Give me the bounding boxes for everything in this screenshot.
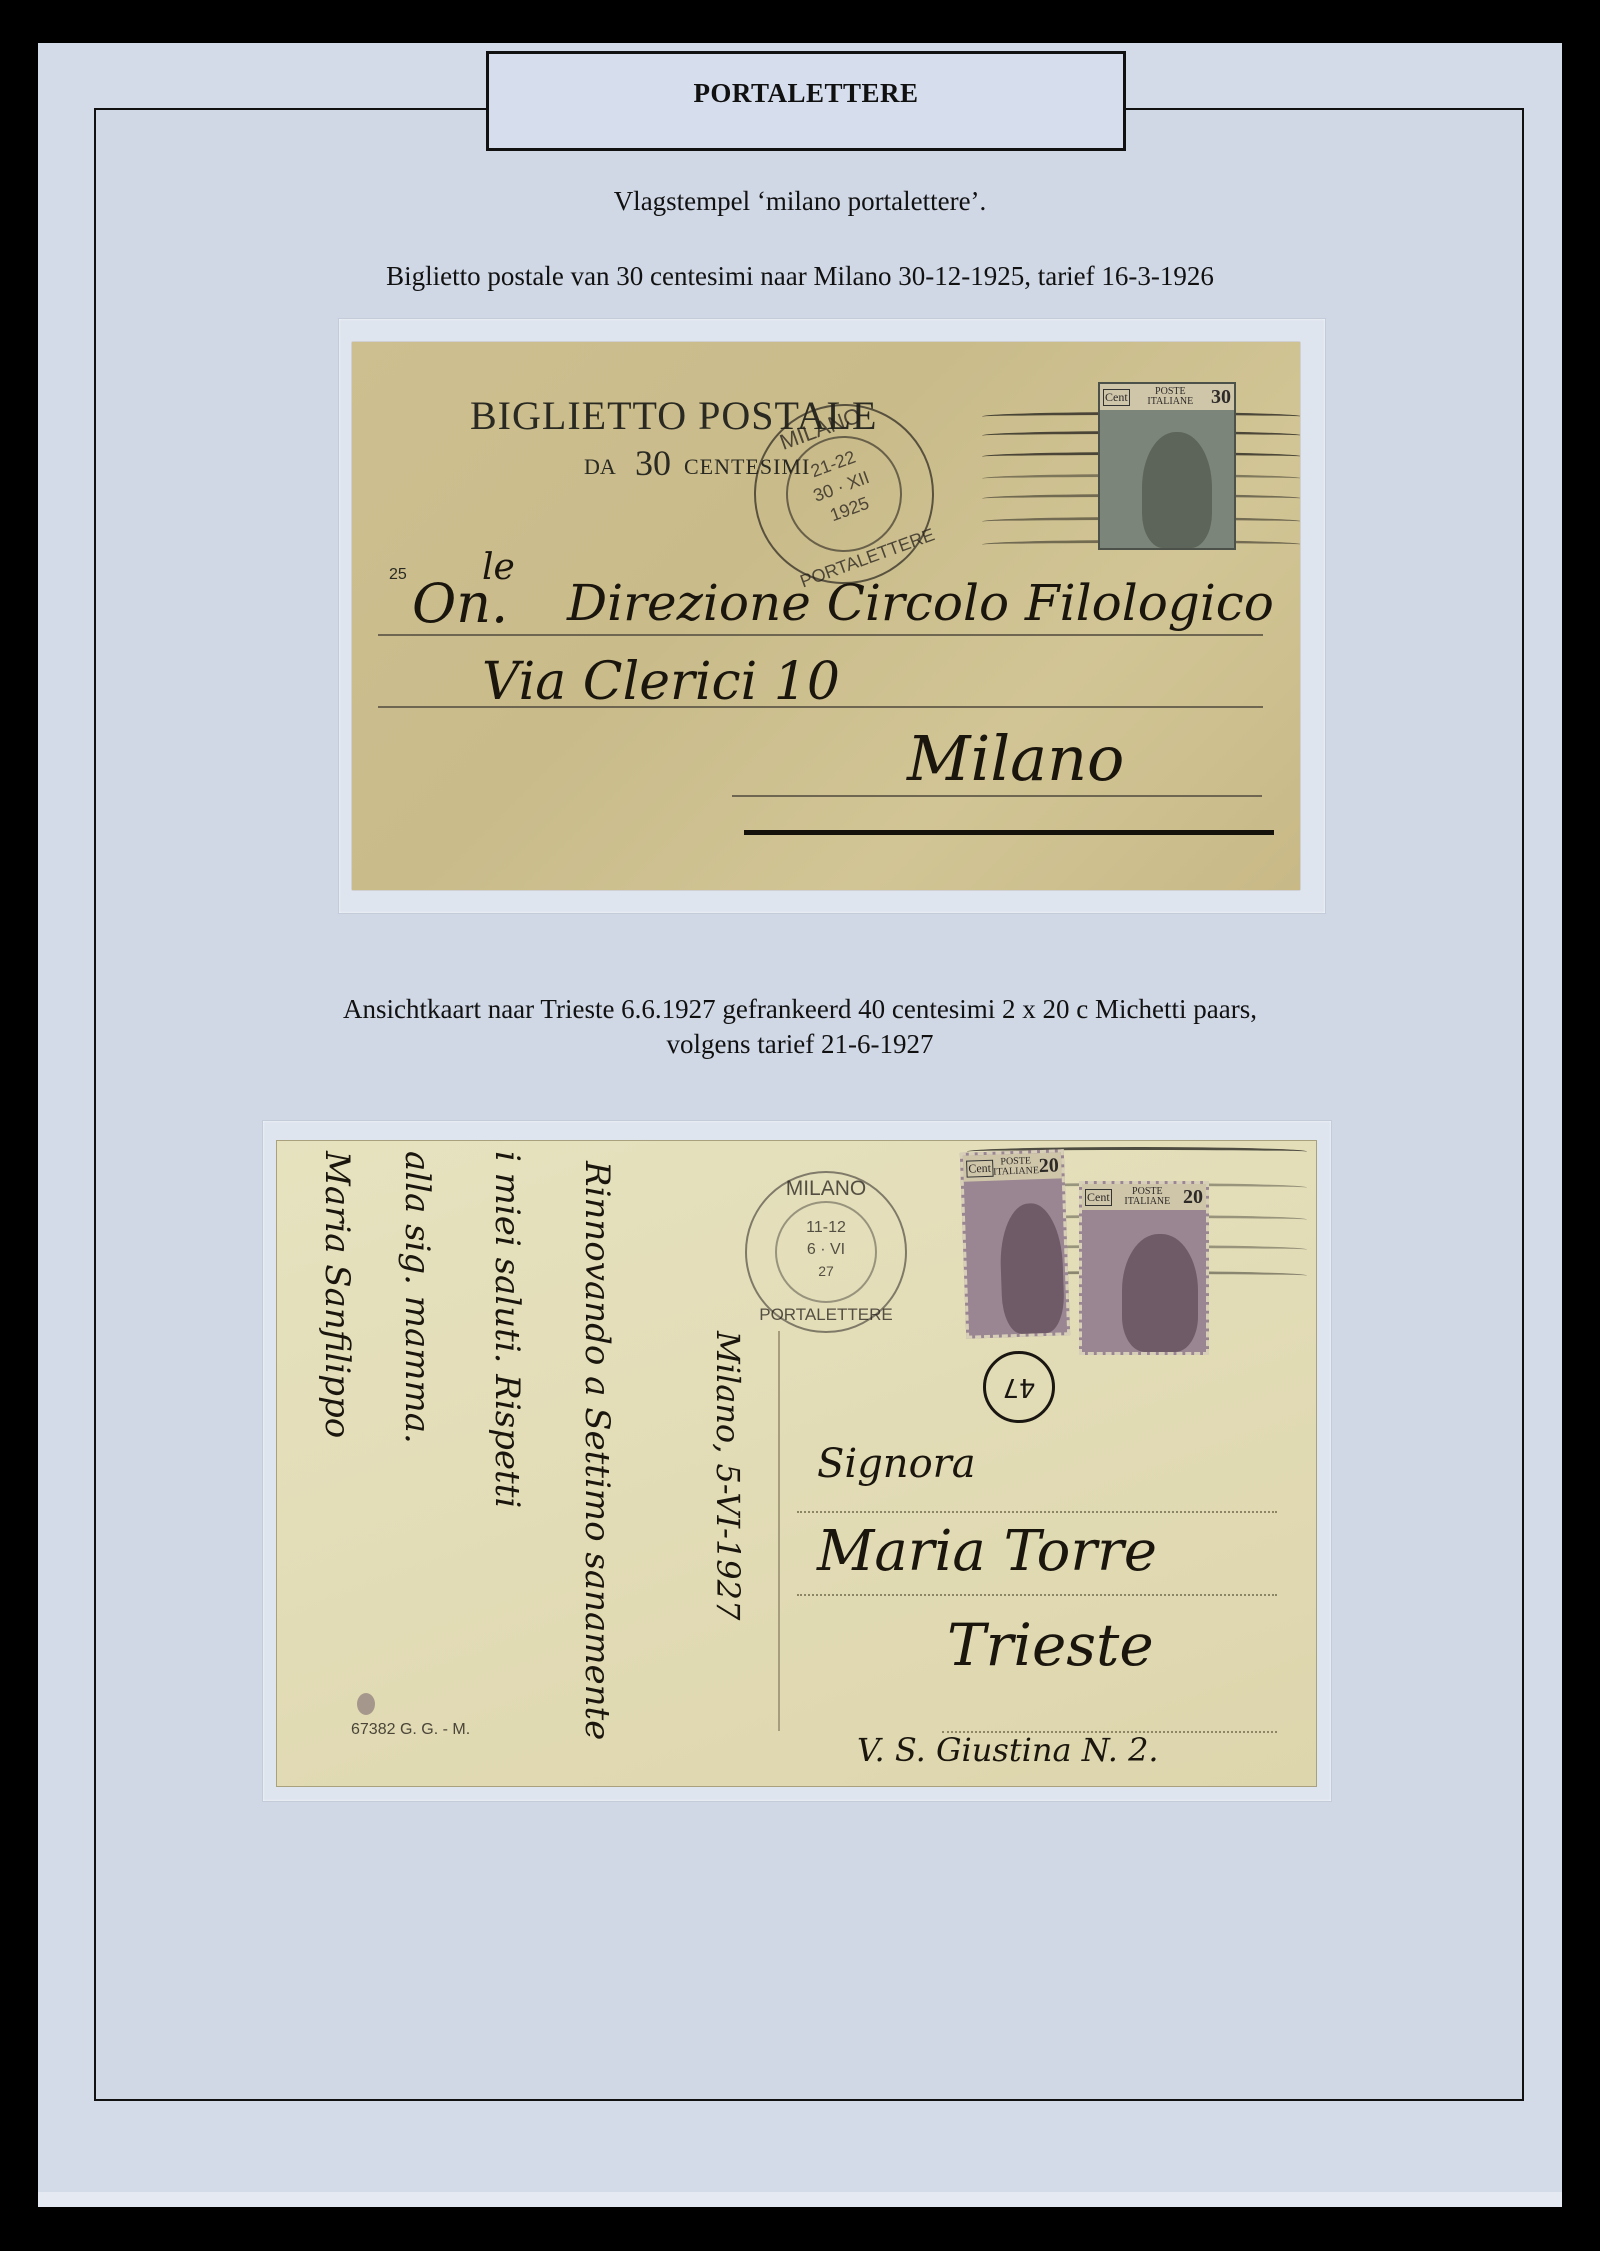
message-dateline: Milano, 5-VI-1927 bbox=[709, 1331, 747, 1620]
stamp-value: 30 bbox=[1211, 386, 1231, 409]
address-rule bbox=[797, 1594, 1277, 1596]
king-portrait-icon bbox=[1142, 432, 1212, 548]
publisher-imprint: 67382 G. G. - M. bbox=[351, 1721, 470, 1739]
address-rule bbox=[378, 634, 1263, 636]
king-portrait-icon bbox=[1122, 1234, 1198, 1352]
stamp-country-label: POSTEITALIANE bbox=[993, 1156, 1040, 1178]
imprinted-stamp-30c: Cent POSTEITALIANE 30 bbox=[1098, 382, 1236, 550]
address-line-1: Signora bbox=[817, 1441, 976, 1487]
circled-number: 47 bbox=[983, 1351, 1055, 1423]
address-line-4: V. S. Giustina N. 2. bbox=[857, 1731, 1159, 1769]
stamp-value: 20 bbox=[1183, 1186, 1203, 1209]
divider-line bbox=[778, 1331, 780, 1731]
message-line-2: i miei saluti. Rispetti bbox=[487, 1151, 527, 1508]
title-box: PORTALETTERE bbox=[486, 51, 1126, 151]
stamp-value: 20 bbox=[1038, 1154, 1059, 1178]
page-edge bbox=[38, 2192, 1562, 2207]
stamp-cent-label: Cent bbox=[1103, 389, 1130, 406]
card-subheader-value: 30 bbox=[635, 442, 671, 484]
address-line-1: Direzione Circolo Filologico bbox=[567, 574, 1274, 632]
stamp-michetti-20c-1: Cent POSTEITALIANE 20 bbox=[960, 1149, 1070, 1339]
address-line-3: Milano bbox=[907, 722, 1124, 795]
message-line-3: alla sig. mamma. bbox=[397, 1151, 437, 1444]
publisher-logo-icon bbox=[357, 1693, 375, 1715]
margin-number: 25 bbox=[389, 566, 407, 584]
stamp-cent-label: Cent bbox=[1085, 1189, 1112, 1206]
letter-card-biglietto-postale: BIGLIETTO POSTALE DA 30 CENTESIMI 25 Cen… bbox=[352, 342, 1300, 890]
address-line-2: Maria Torre bbox=[817, 1519, 1157, 1584]
king-portrait-icon bbox=[999, 1202, 1065, 1334]
caption-postmark: Vlagstempel ‘milano portalettere’. bbox=[0, 184, 1600, 218]
caption-card-1: Biglietto postale van 30 centesimi naar … bbox=[0, 259, 1600, 293]
stamp-country-label: POSTEITALIANE bbox=[1147, 387, 1193, 407]
address-prefix-sup: le bbox=[482, 547, 515, 588]
message-line-1: Rinnovando a Settimo sanamente bbox=[577, 1161, 617, 1740]
underline-stroke bbox=[744, 830, 1274, 835]
address-rule bbox=[378, 706, 1263, 708]
message-line-4: Maria Sanfilippo bbox=[317, 1151, 357, 1438]
caption-card-2-line-2: volgens tarief 21-6-1927 bbox=[0, 1027, 1600, 1061]
address-rule bbox=[732, 795, 1262, 797]
stamp-cent-label: Cent bbox=[966, 1159, 993, 1177]
card-subheader-da: DA bbox=[584, 454, 616, 480]
postmark-milano-portalettere: MILANO 11-12 6 · VI 27 PORTALETTERE bbox=[745, 1171, 907, 1333]
stamp-michetti-20c-2: Cent POSTEITALIANE 20 bbox=[1079, 1181, 1209, 1355]
address-line-2: Via Clerici 10 bbox=[482, 652, 840, 712]
address-rule bbox=[797, 1511, 1277, 1513]
page-title: PORTALETTERE bbox=[693, 78, 918, 148]
stamp-country-label: POSTEITALIANE bbox=[1124, 1187, 1170, 1207]
address-line-3: Trieste bbox=[947, 1611, 1154, 1679]
picture-postcard: Cent POSTEITALIANE 20 Cent POSTEITALIANE… bbox=[276, 1140, 1317, 1787]
caption-card-2-line-1: Ansichtkaart naar Trieste 6.6.1927 gefra… bbox=[0, 992, 1600, 1026]
